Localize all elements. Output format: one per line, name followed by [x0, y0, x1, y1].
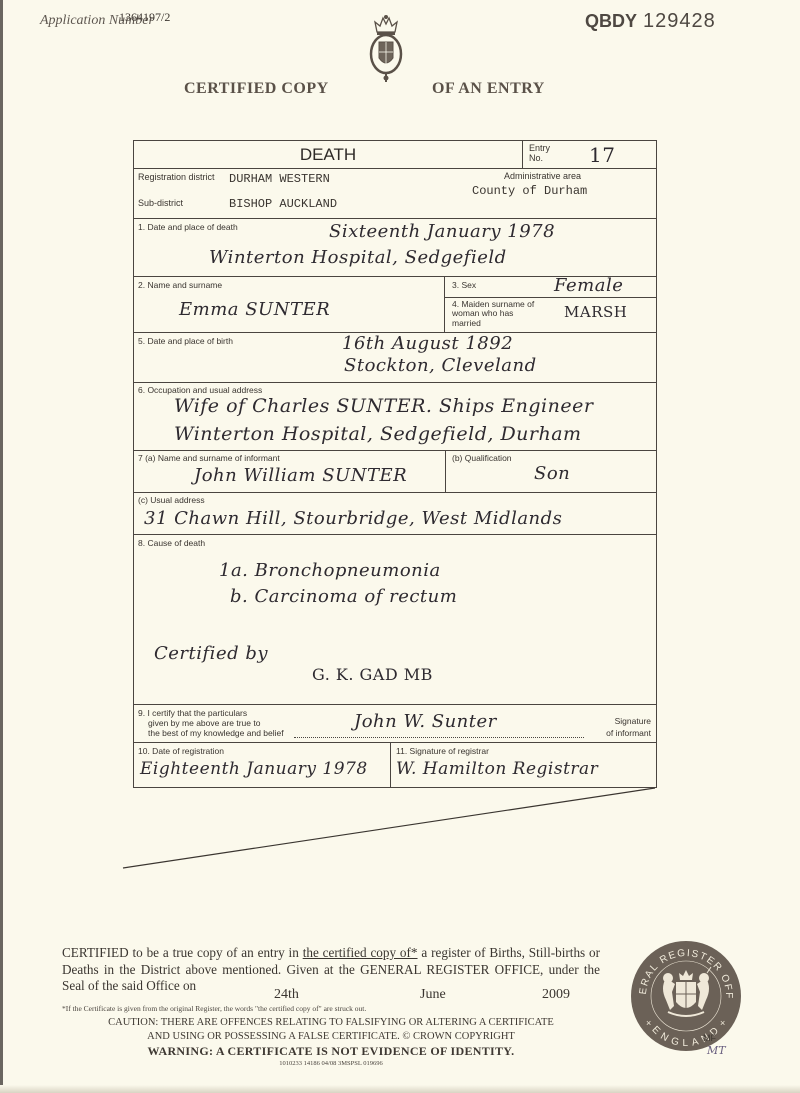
registration-district-label: Registration district: [138, 173, 215, 183]
certification-statement: CERTIFIED to be a true copy of an entry …: [62, 945, 600, 995]
certify-label-2: given by me above are true to: [148, 719, 260, 728]
mf-mark: MF: [703, 1033, 716, 1043]
informant-signature: John W. Sunter: [354, 711, 497, 732]
administrative-area-label: Administrative area: [504, 172, 581, 182]
death-date-place-label: 1. Date and place of death: [138, 223, 238, 232]
district-row: Registration district DURHAM WESTERN Sub…: [134, 169, 656, 219]
registration-district: DURHAM WESTERN: [229, 172, 330, 186]
footnote: *If the Certificate is given from the or…: [62, 1004, 366, 1013]
caution-text: CAUTION: THERE ARE OFFENCES RELATING TO …: [62, 1016, 600, 1044]
birth-place: Stockton, Cleveland: [344, 355, 537, 376]
certify-label-1: 9. I certify that the particulars: [138, 709, 247, 718]
cause-1a: 1a. Bronchopneumonia: [219, 560, 441, 581]
svg-text:×: ×: [720, 1018, 725, 1028]
entry-no-label: Entry No.: [529, 144, 553, 164]
form-title: DEATH: [134, 145, 522, 165]
title-of-an-entry: OF AN ENTRY: [432, 80, 545, 98]
date-registration: Eighteenth January 1978: [140, 759, 368, 779]
issue-year: 2009: [542, 987, 570, 1003]
general-register-office-seal-icon: GENERAL REGISTER OFFICE ENGLAND × ×: [630, 940, 742, 1052]
maiden-surname: MARSH: [564, 303, 627, 321]
sex-label: 3. Sex: [452, 281, 476, 290]
usual-address: 31 Chawn Hill, Stourbridge, West Midland…: [144, 508, 562, 529]
serial-prefix: QBDY: [585, 11, 637, 31]
signature-label-2: of informant: [589, 729, 651, 738]
deceased-name: Emma SUNTER: [179, 299, 330, 320]
death-entry-form: DEATH Entry No. 17 Registration district…: [133, 140, 657, 788]
svg-text:×: ×: [646, 1018, 651, 1028]
signature-label-1: Signature: [596, 717, 651, 726]
cause-of-death-row: 8. Cause of death 1a. Bronchopneumonia b…: [134, 535, 656, 705]
date-registration-label: 10. Date of registration: [138, 747, 224, 756]
occupation-row: 6. Occupation and usual address Wife of …: [134, 383, 656, 451]
entry-no: 17: [589, 143, 615, 167]
occupation-label: 6. Occupation and usual address: [138, 386, 262, 395]
certify-label-3: the best of my knowledge and belief: [148, 729, 284, 738]
name-sex-row: 2. Name and surname Emma SUNTER 3. Sex F…: [134, 277, 656, 333]
caution-line-1: CAUTION: THERE ARE OFFENCES RELATING TO …: [62, 1016, 600, 1030]
cause-of-death-label: 8. Cause of death: [138, 539, 205, 548]
birth-date-place-label: 5. Date and place of birth: [138, 337, 233, 346]
registrar-signature: W. Hamilton Registrar: [396, 759, 598, 779]
cert-text-underlined: the certified copy of*: [303, 945, 418, 960]
page-bottom-edge: [0, 1085, 800, 1093]
form-codes: 1010233 14186 04/08 3MSPSL 019696: [62, 1060, 600, 1067]
informant-row: 7 (a) Name and surname of informant John…: [134, 451, 656, 493]
cause-1b: b. Carcinoma of rectum: [230, 586, 457, 607]
cert-text-1: CERTIFIED to be a true copy of an entry …: [62, 945, 303, 960]
death-place: Winterton Hospital, Sedgefield: [209, 247, 507, 268]
administrative-area: County of Durham: [472, 184, 587, 198]
occupation-line1: Wife of Charles SUNTER. Ships Engineer: [174, 395, 593, 417]
royal-crest-icon: [369, 14, 403, 88]
registrar-label: 11. Signature of registrar: [396, 747, 489, 756]
divider: [522, 141, 523, 168]
application-number: 1364197/2: [119, 10, 170, 25]
divider: [390, 743, 391, 787]
issue-month: June: [420, 987, 446, 1003]
informant-label: 7 (a) Name and surname of informant: [138, 454, 280, 463]
sub-district-label: Sub-district: [138, 199, 183, 209]
usual-address-row: (c) Usual address 31 Chawn Hill, Stourbr…: [134, 493, 656, 535]
registration-row: 10. Date of registration Eighteenth Janu…: [134, 743, 656, 787]
death-date: Sixteenth January 1978: [329, 221, 555, 242]
sex-cell: 3. Sex Female: [444, 277, 656, 298]
identity-warning: WARNING: A CERTIFICATE IS NOT EVIDENCE O…: [62, 1044, 600, 1059]
birth-date: 16th August 1892: [342, 333, 513, 354]
usual-address-label: (c) Usual address: [138, 496, 205, 505]
issue-day: 24th: [274, 987, 299, 1003]
certified-by-label: Certified by: [154, 643, 268, 664]
certify-row: 9. I certify that the particulars given …: [134, 705, 656, 743]
qualification-label: (b) Qualification: [452, 454, 512, 463]
qualification-value: Son: [534, 463, 570, 484]
birth-date-place-row: 5. Date and place of birth 16th August 1…: [134, 333, 656, 383]
maiden-surname-label: 4. Maiden surname of woman who has marri…: [452, 300, 537, 328]
name-label: 2. Name and surname: [138, 281, 222, 290]
signature-line: [294, 737, 584, 738]
occupation-line2: Winterton Hospital, Sedgefield, Durham: [174, 423, 582, 445]
handwritten-initials: MT: [707, 1044, 726, 1057]
sub-district: BISHOP AUCKLAND: [229, 197, 337, 211]
page-edge: [0, 0, 3, 1093]
death-date-place-row: 1. Date and place of death Sixteenth Jan…: [134, 219, 656, 277]
title-certified-copy: CERTIFIED COPY: [184, 80, 329, 98]
certified-by: G. K. GAD MB: [312, 665, 433, 684]
serial-number: QBDY 129428: [585, 10, 716, 33]
form-title-row: DEATH Entry No. 17: [134, 141, 656, 169]
caution-line-2: AND USING OR POSSESSING A FALSE CERTIFIC…: [62, 1030, 600, 1044]
sex-value: Female: [554, 275, 623, 296]
serial-digits: 129428: [643, 10, 716, 32]
informant-name: John William SUNTER: [194, 465, 407, 486]
divider: [445, 451, 446, 492]
